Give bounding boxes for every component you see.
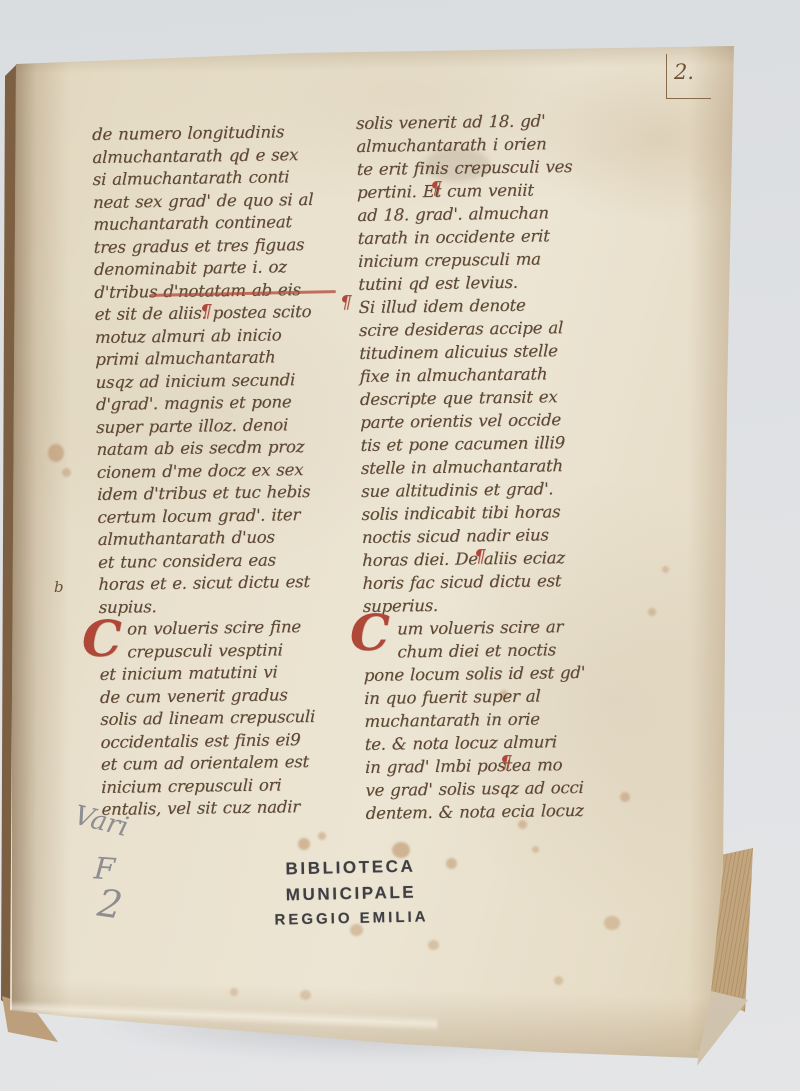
- gutter-shadow: [12, 58, 70, 1014]
- stain: [532, 846, 539, 853]
- stain: [230, 988, 238, 996]
- manuscript-line: denominabit parte i. oz: [94, 255, 346, 281]
- folio-number: 2.: [674, 60, 694, 84]
- margin-letter: b: [54, 578, 64, 596]
- manuscript-line: de numero longitudinis: [92, 120, 344, 146]
- stain: [604, 916, 620, 930]
- stain: [298, 838, 310, 850]
- paragraph-mark: ¶: [430, 179, 441, 199]
- stain: [428, 940, 439, 950]
- stain: [554, 976, 563, 985]
- manuscript-line: idem d'tribus et tuc hebis: [97, 480, 349, 506]
- manuscript-line: dentem. & nota ecia locuz: [366, 798, 658, 825]
- stamp-line-1: BIBLIOTECA MUNICIPALE: [225, 852, 476, 909]
- manuscript-line: d'grad'. magnis et pone: [96, 390, 348, 416]
- manuscript-line: et inicium matutini vi: [99, 660, 351, 686]
- stamp-line-2: REGGIO EMILIA: [226, 904, 476, 933]
- manuscript-line: horas et e. sicut dictu est: [98, 570, 350, 596]
- manuscript-line: et cum ad orientalem est: [101, 750, 353, 776]
- rubric-initial-right: C: [350, 610, 390, 656]
- manuscript-line: solis ad lineam crepusculi: [100, 705, 352, 731]
- text-column-left: de numero longitudinisalmuchantarath qd …: [92, 120, 354, 821]
- manuscript-page: de numero longitudinisalmuchantarath qd …: [0, 0, 800, 1091]
- manuscript-line: muchantarath contineat: [93, 210, 345, 236]
- manuscript-line: et sit de aliis. postea scito: [94, 300, 346, 326]
- manuscript-line: entalis, vel sit cuz nadir: [101, 795, 353, 821]
- manuscript-line: on volueris scire fine: [99, 615, 351, 641]
- top-edge-shading: [14, 38, 736, 75]
- text-column-right: solis venerit ad 18. gd'almuchantarath i…: [356, 108, 658, 825]
- pencil-inscription-number: 2: [95, 881, 125, 928]
- manuscript-line: almuthantarath d'uos: [98, 525, 350, 551]
- rubric-initial-left: C: [82, 616, 122, 662]
- manuscript-line: primi almuchantarath: [95, 345, 347, 371]
- library-stamp: BIBLIOTECA MUNICIPALE REGGIO EMILIA: [225, 852, 477, 933]
- manuscript-line: si almuchantarath conti: [93, 165, 345, 191]
- manuscript-line: natam ab eis secdm proz: [96, 435, 348, 461]
- stain: [62, 468, 71, 477]
- paragraph-mark: ¶: [474, 547, 485, 567]
- paragraph-mark: ¶: [340, 293, 351, 313]
- stain: [662, 566, 669, 573]
- stain: [300, 990, 311, 1000]
- stain: [318, 832, 326, 840]
- paragraph-mark: ¶: [500, 753, 511, 773]
- paragraph-mark: ¶: [200, 302, 211, 322]
- stain: [48, 444, 64, 462]
